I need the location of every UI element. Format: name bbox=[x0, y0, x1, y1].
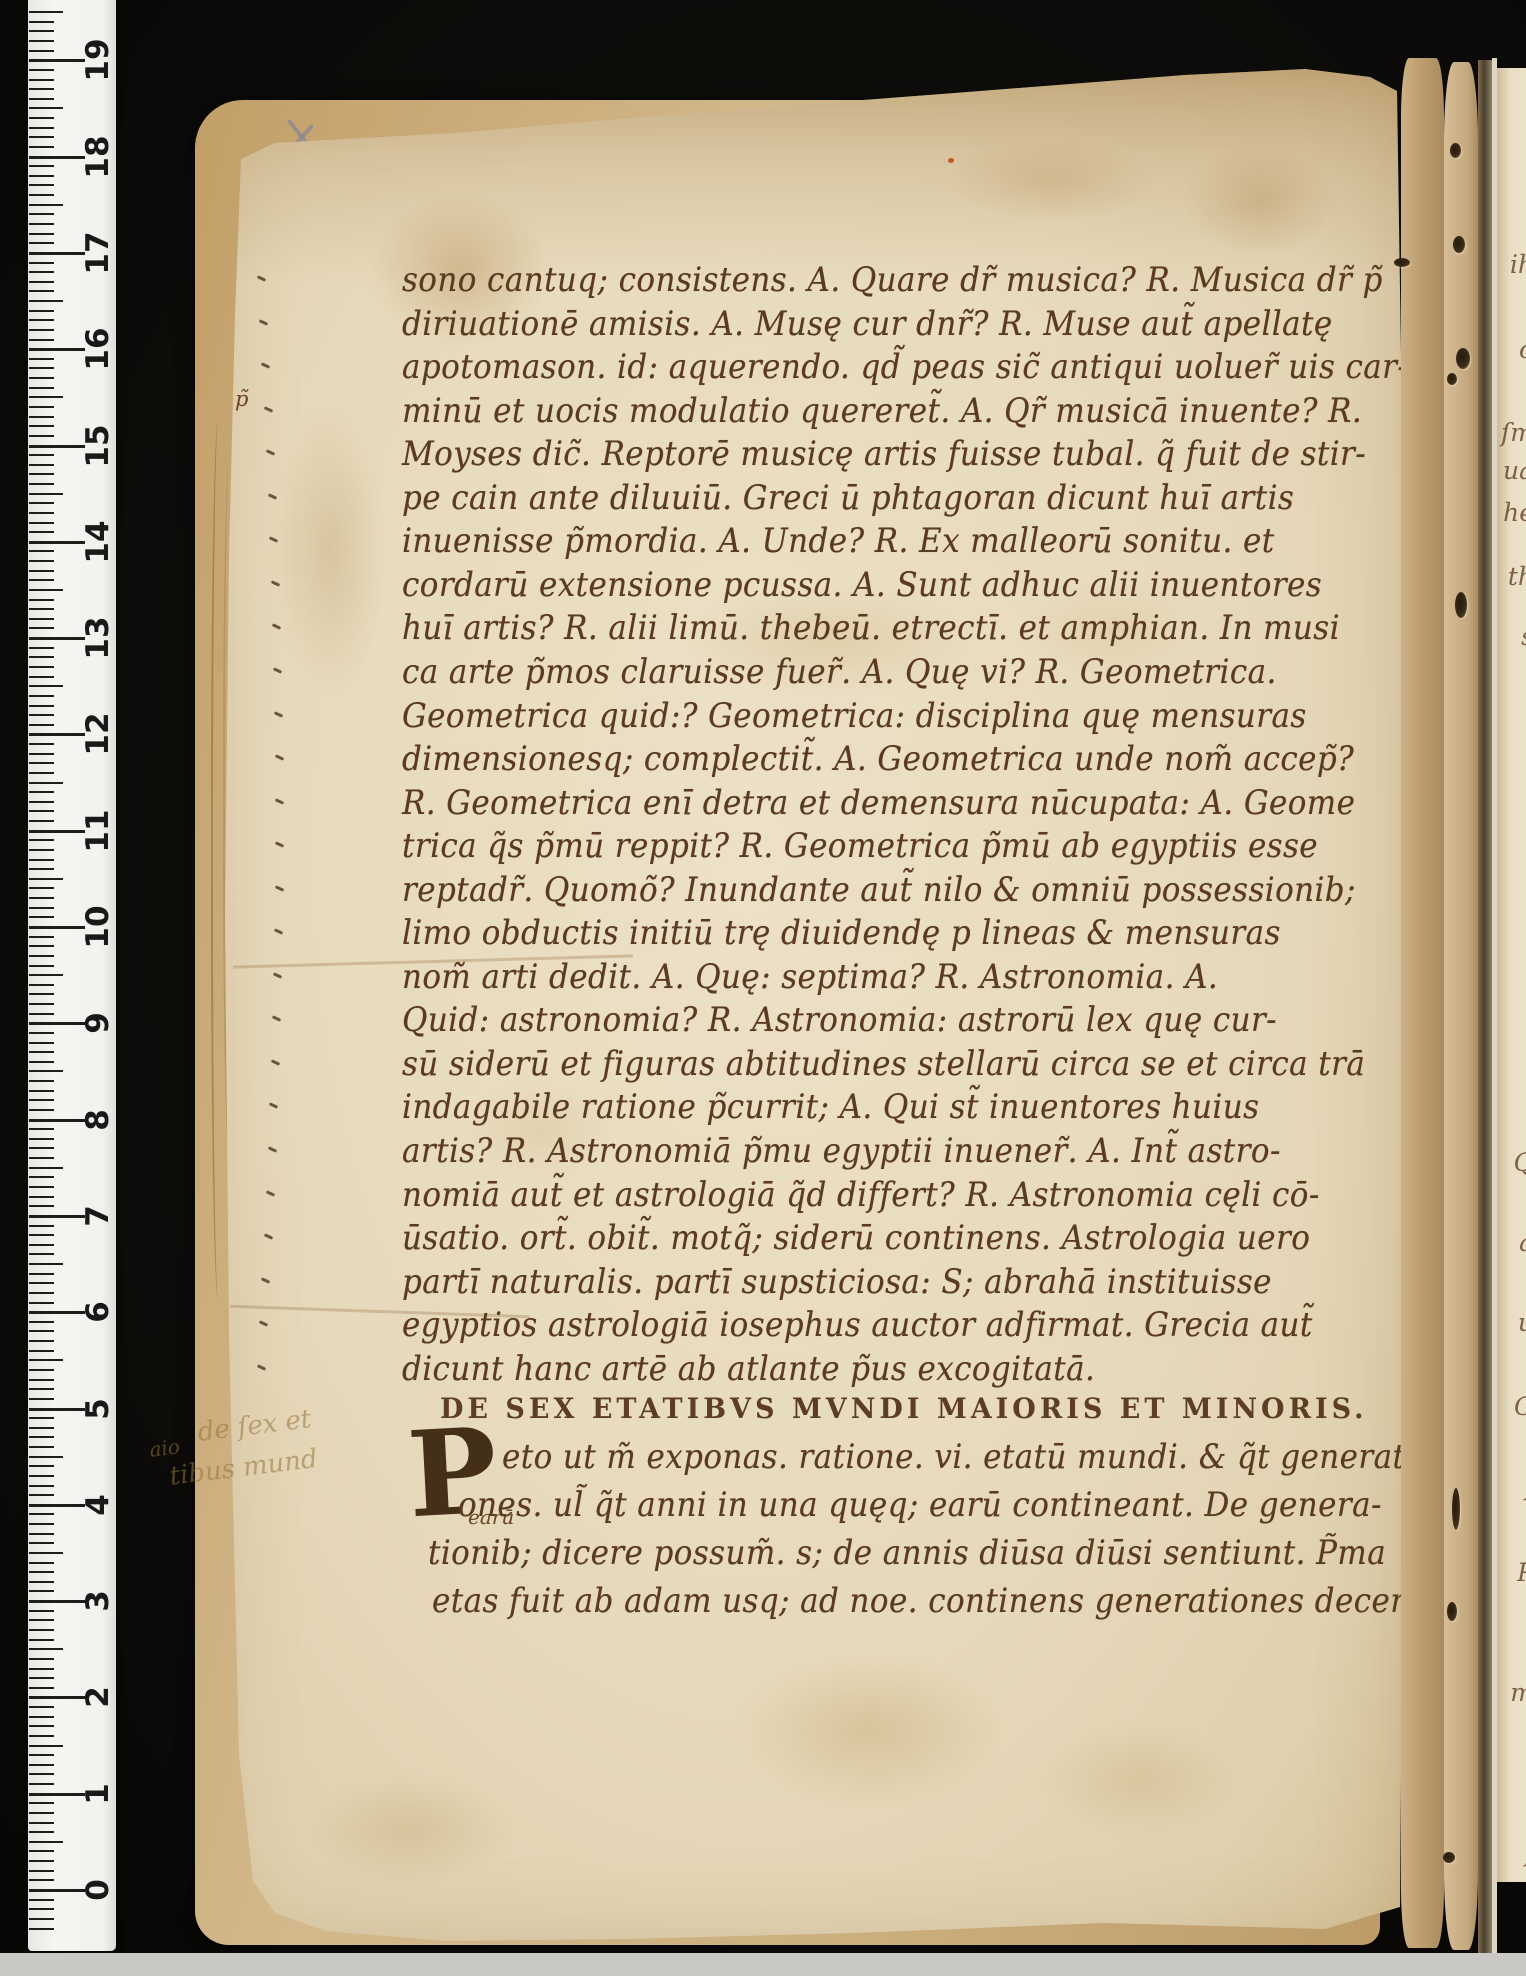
ruler-number: 17 bbox=[75, 233, 121, 273]
ruler-tick bbox=[29, 1552, 63, 1554]
ruler-tick bbox=[29, 916, 54, 918]
ruler-tick bbox=[29, 1648, 63, 1650]
ruler-tick bbox=[29, 772, 54, 774]
ruler-tick bbox=[29, 627, 54, 629]
facing-page-text-fragment: ih bbox=[1510, 250, 1526, 279]
ruler-tick bbox=[29, 666, 54, 668]
ruler-tick bbox=[29, 1292, 54, 1294]
ruler-tick bbox=[29, 1273, 54, 1275]
ruler-tick bbox=[29, 1802, 54, 1804]
ruler-tick bbox=[29, 493, 63, 495]
ruler-tick bbox=[29, 1427, 54, 1429]
parchment-hole bbox=[1447, 1602, 1457, 1621]
facing-page-text-fragment: ſm bbox=[1501, 418, 1526, 447]
facing-page-text-fragment: u bbox=[1518, 1308, 1526, 1337]
ruler-tick bbox=[29, 416, 54, 418]
ruler-tick bbox=[29, 194, 54, 196]
ruler-tick bbox=[29, 1080, 54, 1082]
manuscript-text-line: trica q̃s p̃mū reppit? R. Geometrica p̃m… bbox=[402, 827, 1318, 866]
ruler-tick bbox=[29, 1090, 54, 1092]
ruler-tick bbox=[29, 1225, 54, 1227]
facing-page-text-fragment: G bbox=[1514, 1392, 1526, 1421]
ruler-tick bbox=[29, 464, 54, 466]
gutter-recess bbox=[1478, 60, 1492, 1955]
ruler-tick bbox=[29, 454, 54, 456]
ruler-tick bbox=[29, 233, 54, 235]
ruler-tick bbox=[29, 656, 54, 658]
manuscript-text-line: cordarū extensione pcussa. A. Sunt adhuc… bbox=[402, 566, 1322, 605]
ruler-tick bbox=[29, 50, 54, 52]
ruler-tick bbox=[29, 1764, 54, 1766]
manuscript-text-line: nomiā aut̃ et astrologiā q̃d differt? R.… bbox=[402, 1176, 1320, 1215]
ruler-tick bbox=[29, 387, 54, 389]
manuscript-text-line: sono cantuq; consistens. A. Quare dr̃ mu… bbox=[402, 261, 1383, 300]
ruler-tick bbox=[29, 136, 54, 138]
manuscript-text-line: indagabile ratione p̃currit; A. Qui st̃ … bbox=[402, 1088, 1259, 1127]
ruler-tick bbox=[29, 1581, 54, 1583]
ruler-number: 16 bbox=[75, 329, 121, 369]
ruler-tick bbox=[29, 1436, 54, 1438]
ruler-number: 11 bbox=[75, 811, 121, 851]
ruler-tick bbox=[29, 1542, 54, 1544]
ruler-tick bbox=[29, 705, 54, 707]
ruler-tick bbox=[29, 1042, 54, 1044]
ruler-number: 9 bbox=[75, 1003, 121, 1043]
ruler-tick bbox=[29, 801, 54, 803]
ruler-tick bbox=[29, 945, 54, 947]
photographic-scale-ruler: 012345678910111213141516171819 bbox=[28, 0, 116, 1951]
ruler-tick bbox=[29, 79, 54, 81]
ruler-tick bbox=[29, 271, 54, 273]
ruler-tick bbox=[29, 377, 54, 379]
ruler-tick bbox=[29, 1350, 54, 1352]
ruler-tick bbox=[29, 531, 54, 533]
parchment-hole bbox=[1443, 1852, 1455, 1863]
facing-page-text-fragment: Q bbox=[1514, 1148, 1526, 1177]
ruler-tick bbox=[29, 907, 54, 909]
facing-page-text-fragment: o bbox=[1519, 335, 1526, 364]
ruler-tick bbox=[29, 310, 54, 312]
ruler-tick bbox=[29, 1899, 54, 1901]
ruler-tick bbox=[29, 1061, 54, 1063]
ruler-tick bbox=[29, 695, 54, 697]
manuscript-text-line: nom̃ arti dedit. A. Quę: septima? R. Ast… bbox=[402, 958, 1218, 997]
ruler-tick bbox=[29, 1099, 54, 1101]
ruler-tick bbox=[29, 1860, 54, 1862]
ruler-tick bbox=[29, 502, 54, 504]
ruler-tick bbox=[29, 974, 63, 976]
ruler-number: 14 bbox=[75, 522, 121, 562]
ruler-tick bbox=[29, 1754, 54, 1756]
ruler-tick bbox=[29, 1205, 54, 1207]
ruler-tick bbox=[29, 473, 54, 475]
facing-page-text-fragment: s bbox=[1521, 622, 1526, 651]
ruler-number: 5 bbox=[75, 1389, 121, 1429]
manuscript-paragraph-line: etas fuit ab adam usq; ad noe. continens… bbox=[432, 1582, 1430, 1621]
ruler-tick bbox=[29, 319, 54, 321]
ruler-tick bbox=[29, 1687, 54, 1689]
ruler-tick bbox=[29, 30, 54, 32]
ruler-tick bbox=[29, 98, 54, 100]
manuscript-text-line: pe cain ante diluuiū. Greci ū phtagoran … bbox=[402, 479, 1294, 518]
ruler-tick bbox=[29, 339, 54, 341]
ruler-tick bbox=[29, 1870, 54, 1872]
ruler-tick bbox=[29, 1051, 54, 1053]
ruler-tick bbox=[29, 1417, 54, 1419]
ruler-tick bbox=[29, 1128, 54, 1130]
manuscript-text-line: artis? R. Astronomiā p̃mu egyptii inuene… bbox=[402, 1132, 1281, 1171]
ruler-tick bbox=[29, 1677, 54, 1679]
ruler-number: 12 bbox=[75, 714, 121, 754]
facing-page-text-fragment: P bbox=[1517, 1558, 1526, 1587]
ruler-number: 18 bbox=[75, 137, 121, 177]
ruler-tick bbox=[29, 213, 54, 215]
ruler-tick bbox=[29, 849, 54, 851]
ruler-tick bbox=[29, 1369, 54, 1371]
ruler-tick bbox=[29, 743, 54, 745]
parchment-hole bbox=[1456, 348, 1470, 369]
ruler-tick bbox=[29, 1619, 54, 1621]
parchment-hole bbox=[1394, 258, 1410, 267]
ruler-tick bbox=[29, 550, 54, 552]
ruler-tick bbox=[29, 887, 54, 889]
facing-page-text-fragment: ua bbox=[1503, 456, 1526, 485]
ruler-tick bbox=[29, 11, 63, 13]
parchment-hole bbox=[1453, 236, 1465, 253]
ruler-tick bbox=[29, 367, 54, 369]
ruler-tick bbox=[29, 1562, 54, 1564]
ruler-tick bbox=[29, 329, 54, 331]
manuscript-text-line: diriuationē amisis. A. Musę cur dnr̃? R.… bbox=[402, 305, 1333, 344]
ruler-tick bbox=[29, 897, 54, 899]
manuscript-text-line: limo obductis initiū trę diuidendę p lin… bbox=[402, 914, 1281, 953]
ruler-tick bbox=[29, 1629, 54, 1631]
ruler-tick bbox=[29, 1253, 54, 1255]
ruler-tick bbox=[29, 242, 54, 244]
ruler-tick bbox=[29, 810, 54, 812]
ruler-tick bbox=[29, 1032, 54, 1034]
ruler-tick bbox=[29, 204, 63, 206]
ruler-number: 8 bbox=[75, 1100, 121, 1140]
ruler-tick bbox=[29, 936, 54, 938]
ruler-tick bbox=[29, 1456, 63, 1458]
ruler-tick bbox=[29, 406, 54, 408]
ruler-tick bbox=[29, 1157, 54, 1159]
ruler-tick bbox=[29, 1379, 54, 1381]
ruler-tick bbox=[29, 1735, 54, 1737]
manuscript-text-line: huī artis? R. alii limū. thebeū. etrectī… bbox=[402, 609, 1340, 648]
facing-page-text-fragment: th bbox=[1508, 562, 1526, 591]
ruler-tick bbox=[29, 1388, 54, 1390]
ruler-tick bbox=[29, 570, 54, 572]
gutter-fold bbox=[1401, 58, 1444, 1948]
ruler-tick bbox=[29, 223, 54, 225]
ruler-number: 7 bbox=[75, 1196, 121, 1236]
manuscript-text-line: dicunt hanc artē ab atlante p̃us excogit… bbox=[402, 1350, 1095, 1389]
ruler-tick bbox=[29, 1070, 63, 1072]
ruler-tick bbox=[29, 1908, 54, 1910]
scanner-bed-strip bbox=[0, 1953, 1526, 1976]
ruler-tick bbox=[29, 1485, 54, 1487]
ruler-number: 0 bbox=[75, 1870, 121, 1910]
ruler-tick bbox=[29, 1745, 63, 1747]
ruler-tick bbox=[29, 184, 54, 186]
ruler-tick bbox=[29, 1610, 54, 1612]
facing-page-text-fragment: a bbox=[1519, 1228, 1526, 1257]
parchment-hole bbox=[1447, 373, 1457, 385]
ruler-tick bbox=[29, 1725, 54, 1727]
ruler-tick bbox=[29, 791, 54, 793]
parchment-hole bbox=[1455, 592, 1467, 618]
manuscript-paragraph-line: tionib; dicere possum̃. s; de annis diūs… bbox=[428, 1534, 1386, 1573]
ruler-tick bbox=[29, 1282, 54, 1284]
ruler-tick bbox=[29, 1465, 54, 1467]
ruler-number: 15 bbox=[75, 426, 121, 466]
ruler-tick bbox=[29, 1186, 54, 1188]
ruler-tick bbox=[29, 1302, 54, 1304]
ruler-tick bbox=[29, 1109, 54, 1111]
manuscript-text-line: reptadr̃. Quomõ? Inundante aut̃ nilo & o… bbox=[402, 871, 1356, 910]
ruler-tick bbox=[29, 127, 54, 129]
ruler-tick bbox=[29, 608, 54, 610]
gutter-ridge bbox=[1444, 62, 1478, 1950]
sewing-slit bbox=[1452, 1488, 1460, 1530]
ruler-tick bbox=[29, 579, 54, 581]
ruler-number: 19 bbox=[75, 40, 121, 80]
ruler-tick bbox=[29, 1359, 63, 1361]
facing-page-text-fragment: m bbox=[1510, 1678, 1526, 1707]
ruler-tick bbox=[29, 107, 63, 109]
ruler-tick bbox=[29, 1850, 54, 1852]
ruler-tick bbox=[29, 1918, 54, 1920]
ruler-tick bbox=[29, 724, 54, 726]
ruler-tick bbox=[29, 1263, 63, 1265]
ruler-tick bbox=[29, 146, 54, 148]
ruler-tick bbox=[29, 1003, 54, 1005]
manuscript-text-line: inuenisse p̃mordia. A. Unde? R. Ex malle… bbox=[402, 522, 1275, 561]
ruler-tick bbox=[29, 117, 54, 119]
ruler-number: 2 bbox=[75, 1677, 121, 1717]
manuscript-text-line: egyptios astrologiā iosephus auctor adfi… bbox=[402, 1306, 1313, 1345]
ruler-tick bbox=[29, 965, 54, 967]
ruler-tick bbox=[29, 435, 54, 437]
ruler-tick bbox=[29, 878, 63, 880]
ruler-tick bbox=[29, 483, 54, 485]
ruler-tick bbox=[29, 522, 54, 524]
manuscript-page: DE SEX ETATIBVS MVNDI MAIORIS ET MINORIS… bbox=[205, 55, 1410, 1955]
ruler-tick bbox=[29, 281, 54, 283]
ruler-tick bbox=[29, 1330, 54, 1332]
ruler-tick bbox=[29, 1533, 54, 1535]
manuscript-paragraph-line: ones. ul̃ q̃t anni in una quęq; earū con… bbox=[458, 1486, 1382, 1525]
manuscript-text-line: sū siderū et figuras abtitudines stellar… bbox=[402, 1045, 1365, 1084]
manuscript-text-line: Geometrica quid:? Geometrica: disciplina… bbox=[402, 697, 1307, 736]
ruler-tick bbox=[29, 425, 54, 427]
ruler-tick bbox=[29, 1013, 54, 1015]
ruler-number: 1 bbox=[75, 1774, 121, 1814]
ruler-tick bbox=[29, 1398, 54, 1400]
facing-page-text-fragment: he bbox=[1503, 498, 1526, 527]
manuscript-text-line: Quid: astronomia? R. Astronomia: astrorū… bbox=[402, 1001, 1277, 1040]
ruler-tick bbox=[29, 1234, 54, 1236]
ruler-tick bbox=[29, 1523, 54, 1525]
ruler-tick bbox=[29, 762, 54, 764]
ruler-tick bbox=[29, 175, 54, 177]
ruler-tick bbox=[29, 21, 54, 23]
ruler-tick bbox=[29, 290, 54, 292]
ruler-tick bbox=[29, 782, 63, 784]
ruler-tick bbox=[29, 300, 63, 302]
ruler-tick bbox=[29, 1340, 54, 1342]
ruler-tick bbox=[29, 589, 63, 591]
ruler-number: 4 bbox=[75, 1485, 121, 1525]
ruler-tick bbox=[29, 69, 54, 71]
ruler-tick bbox=[29, 1773, 54, 1775]
ruler-tick bbox=[29, 868, 54, 870]
ruler-tick bbox=[29, 560, 54, 562]
ruler-tick bbox=[29, 839, 54, 841]
manuscript-text-line: ūsatio. ort̃. obit̃. motq̃; siderū conti… bbox=[402, 1219, 1310, 1258]
ruler-tick bbox=[29, 618, 54, 620]
manuscript-text-line: partī naturalis. partī supsticiosa: S; a… bbox=[402, 1263, 1272, 1302]
ruler-tick bbox=[29, 1494, 54, 1496]
ruler-tick bbox=[29, 955, 54, 957]
ruler-tick bbox=[29, 859, 54, 861]
ruler-tick bbox=[29, 1138, 54, 1140]
ruler-tick bbox=[29, 1716, 54, 1718]
ruler-number: 13 bbox=[75, 618, 121, 658]
manuscript-text-line: Moyses dic̃. Reptorē musicę artis fuisse… bbox=[402, 435, 1366, 474]
ruler-tick bbox=[29, 714, 54, 716]
ruler-tick bbox=[29, 1446, 54, 1448]
ruler-tick bbox=[29, 1879, 54, 1881]
ruler-tick bbox=[29, 1244, 54, 1246]
ruler-number: 3 bbox=[75, 1581, 121, 1621]
ruler-tick bbox=[29, 599, 54, 601]
ruler-tick bbox=[29, 1475, 54, 1477]
ruler-tick bbox=[29, 1783, 54, 1785]
manuscript-text-line: minū et uocis modulatio quereret̃. A. Qr… bbox=[402, 392, 1362, 431]
facing-page-sliver: ihoiſmuahethsQauGſPmſ bbox=[1497, 68, 1526, 1882]
ruler-tick bbox=[29, 753, 54, 755]
ruler-tick bbox=[29, 993, 54, 995]
ruler-tick bbox=[29, 647, 54, 649]
ruler-tick bbox=[29, 1812, 54, 1814]
ruler-tick bbox=[29, 1658, 54, 1660]
ruler-number: 6 bbox=[75, 1292, 121, 1332]
ruler-tick bbox=[29, 396, 63, 398]
ruler-tick bbox=[29, 1668, 54, 1670]
ruler-tick bbox=[29, 1196, 54, 1198]
ruler-tick bbox=[29, 676, 54, 678]
ruler-tick bbox=[29, 512, 54, 514]
ruler-tick bbox=[29, 1176, 54, 1178]
ruler-tick bbox=[29, 685, 63, 687]
ruler-tick bbox=[29, 358, 54, 360]
ruler-tick bbox=[29, 820, 54, 822]
ruler-tick bbox=[29, 262, 54, 264]
ruler-tick bbox=[29, 984, 54, 986]
ruler-tick bbox=[29, 1831, 54, 1833]
ruler-tick bbox=[29, 1321, 54, 1323]
faded-margin-note-fragment: aio bbox=[148, 1434, 181, 1462]
manuscript-paragraph-line: eto ut m̃ exponas. ratione. vi. etatū mu… bbox=[502, 1438, 1427, 1477]
manuscript-text-line: R. Geometrica enī detra et demensura nūc… bbox=[402, 784, 1355, 823]
parchment-hole bbox=[1450, 143, 1461, 158]
ruler-tick bbox=[29, 1147, 54, 1149]
ruler-tick bbox=[29, 1571, 54, 1573]
ruler-tick bbox=[29, 165, 54, 167]
ruler-tick bbox=[29, 1822, 54, 1824]
ruler-tick bbox=[29, 88, 54, 90]
ruler-number: 10 bbox=[75, 907, 121, 947]
ruler-tick bbox=[29, 1513, 54, 1515]
ruler-tick bbox=[29, 1639, 54, 1641]
ruler-tick bbox=[29, 1706, 54, 1708]
manuscript-text-line: apotomason. id: aquerendo. qd̃ peas sic̃… bbox=[402, 348, 1408, 387]
manuscript-text-line: dimensionesq; complectit̃. A. Geometrica… bbox=[402, 740, 1354, 779]
ruler-tick bbox=[29, 1928, 54, 1930]
ruler-tick bbox=[29, 1841, 63, 1843]
ruler-tick bbox=[29, 1167, 63, 1169]
ruler-tick bbox=[29, 1590, 54, 1592]
ruler-tick bbox=[29, 40, 54, 42]
manuscript-text-line: ca arte p̃mos claruisse fuer̃. A. Quę vi… bbox=[402, 653, 1277, 692]
